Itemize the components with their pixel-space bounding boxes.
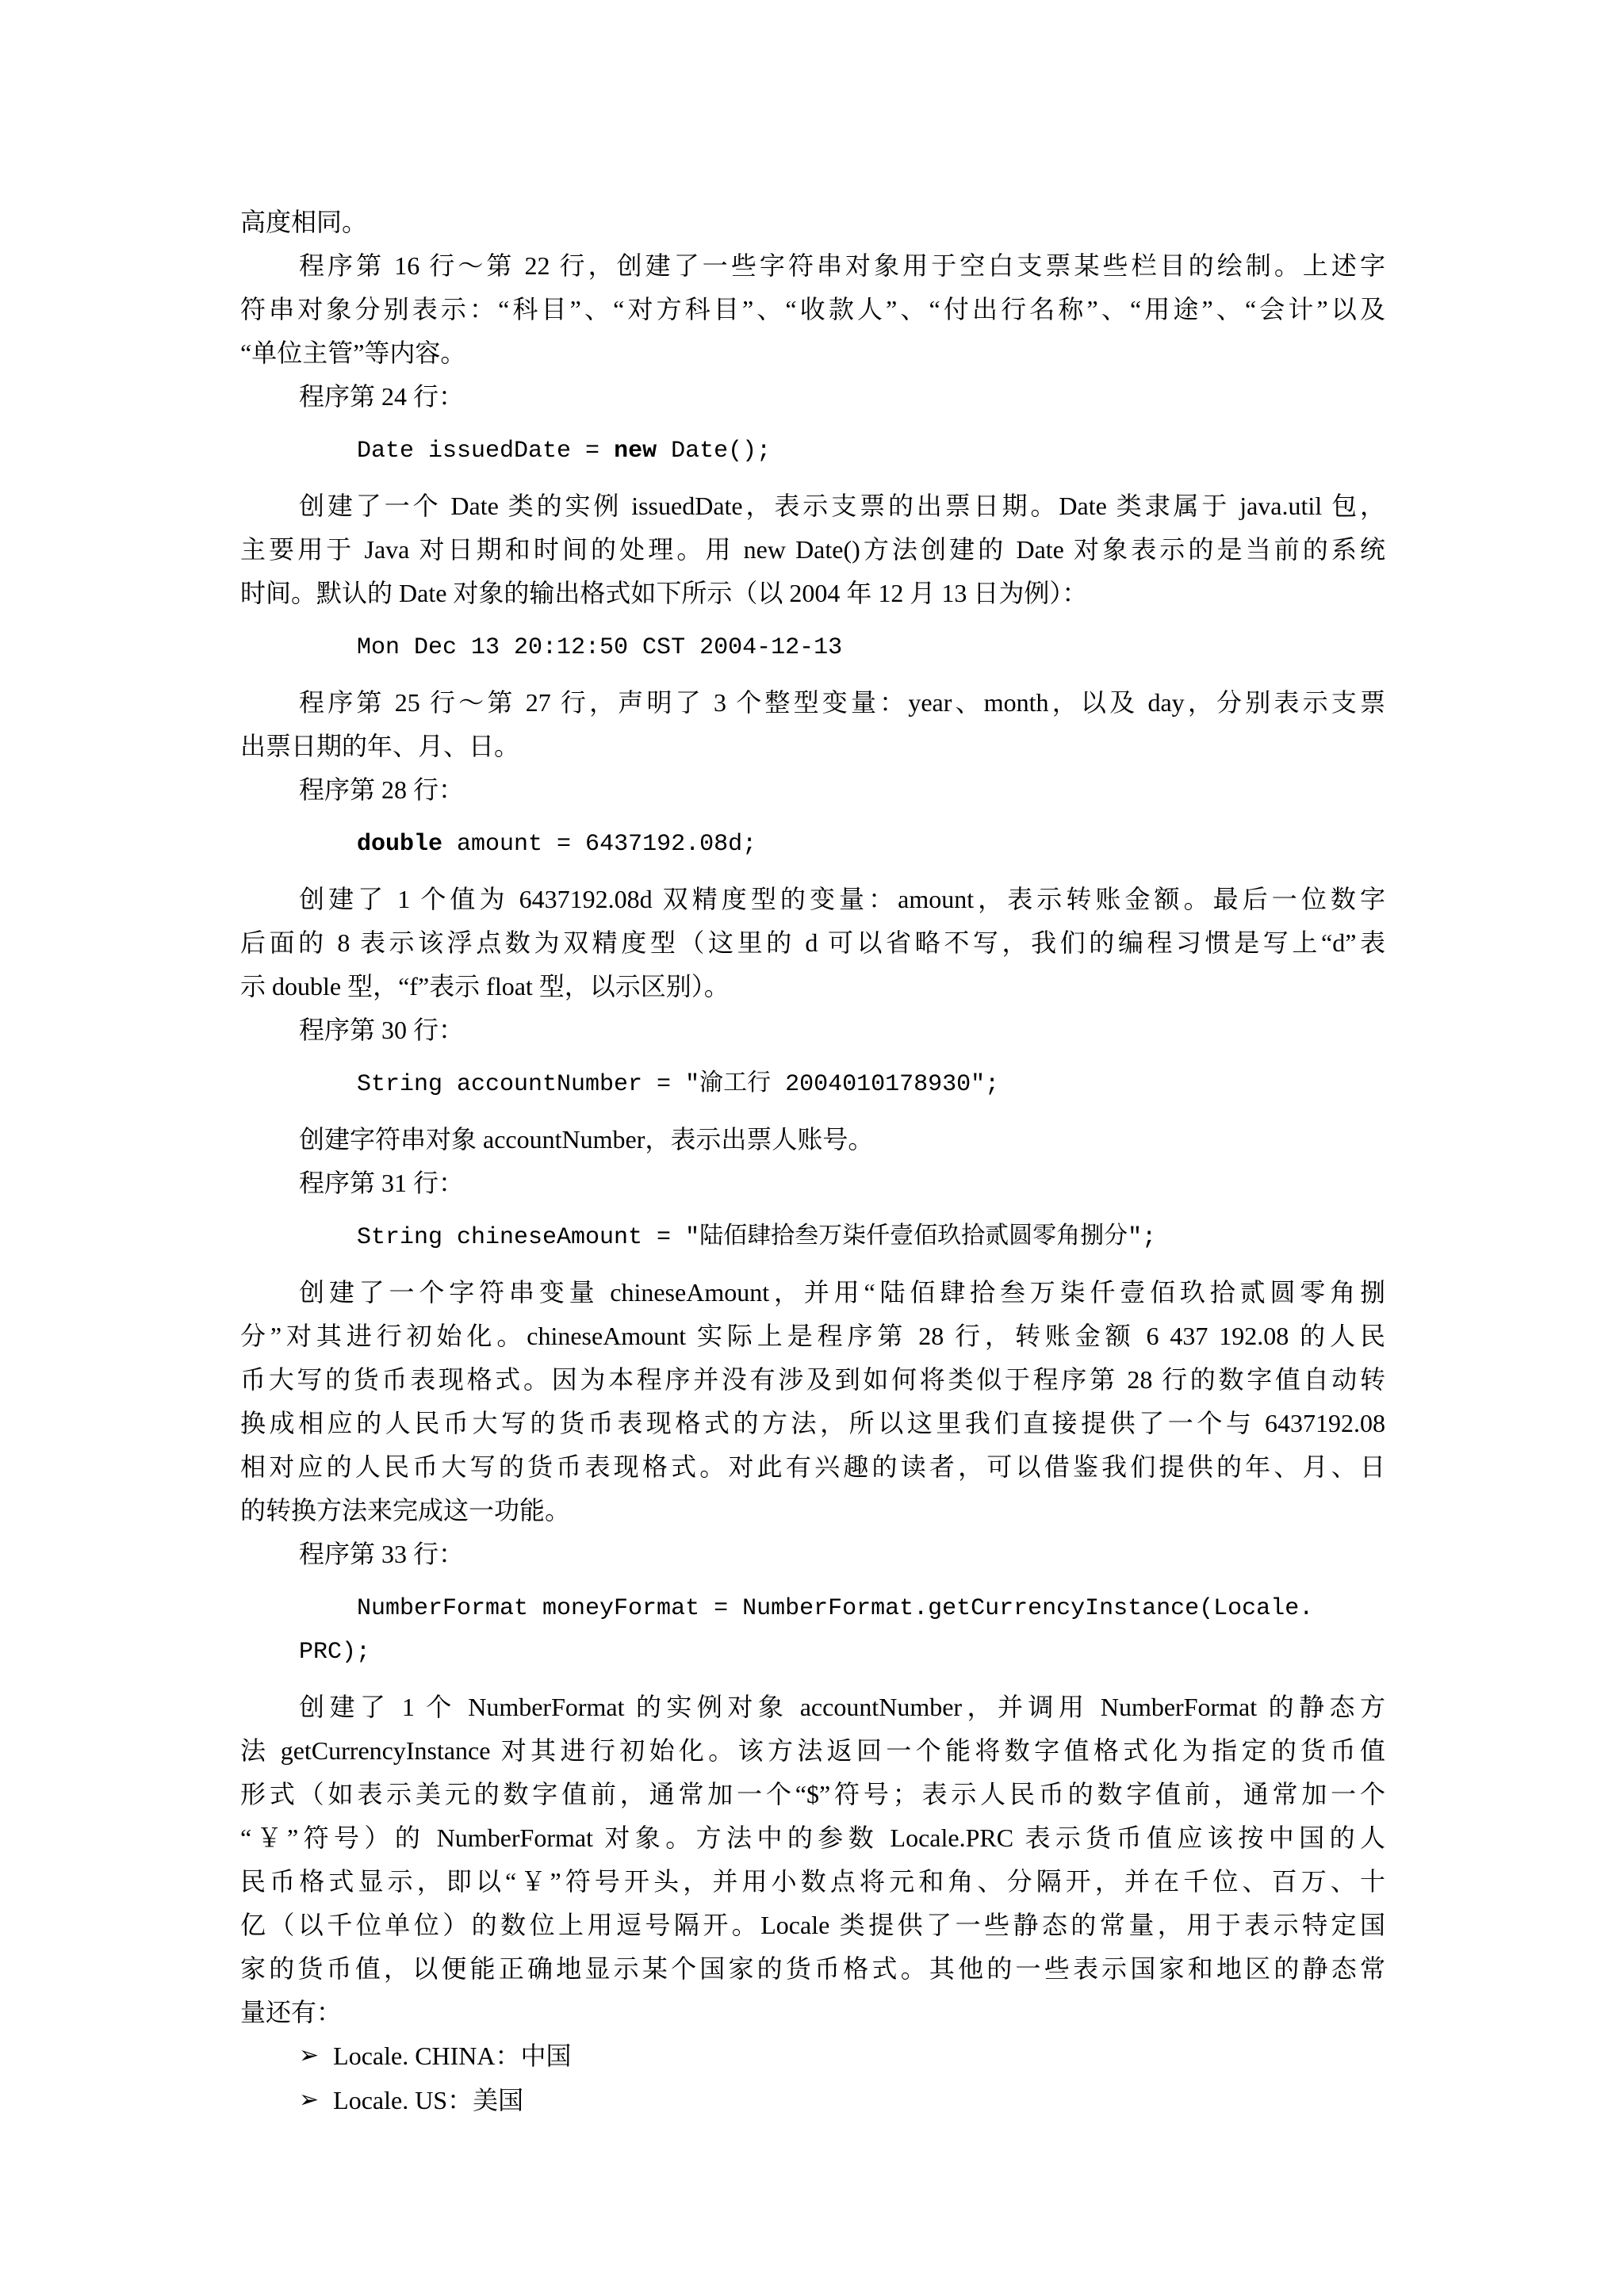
text-line: 家的货币值，以便能正确地显示某个国家的货币格式。其他的一些表示国家和地区的静态常 [240,1947,1385,1991]
list-item-label: Locale. US：美国 [333,2086,523,2114]
code-text: Date(); [657,438,771,465]
bullet-arrow-icon: ➢ [299,2034,319,2077]
text-line: 亿（以千位单位）的数位上用逗号隔开。Locale 类提供了一些静态的常量，用于表… [240,1904,1385,1947]
code-text: amount = 6437192.08d; [442,831,756,858]
text-line: 程序第 25 行～第 27 行，声明了 3 个整型变量：year、month，以… [240,681,1385,725]
text-line: “单位主管”等内容。 [240,331,1385,375]
code-line: NumberFormat moneyFormat = NumberFormat.… [240,1587,1385,1631]
text-line: 相对应的人民币大写的货币表现格式。对此有兴趣的读者，可以借鉴我们提供的年、月、日 [240,1445,1385,1489]
text-line: 创建字符串对象 accountNumber，表示出票人账号。 [240,1118,1385,1161]
text-line: 程序第 33 行： [240,1533,1385,1576]
code-line: String chineseAmount = "陆佰肆拾叁万柒仟壹佰玖拾贰圆零角… [240,1216,1385,1260]
code-line: Mon Dec 13 20:12:50 CST 2004-12-13 [240,626,1385,670]
code-text: Mon Dec 13 20:12:50 CST 2004-12-13 [357,634,842,661]
code-line: PRC); [240,1631,1385,1674]
text-line: 币大写的货币表现格式。因为本程序并没有涉及到如何将类似于程序第 28 行的数字值… [240,1358,1385,1402]
document-page: 高度相同。程序第 16 行～第 22 行，创建了一些字符串对象用于空白支票某些栏… [0,0,1624,2296]
list-item: ➢Locale. US：美国 [240,2079,1385,2123]
text-line: 程序第 24 行： [240,375,1385,419]
code-text: String accountNumber = "渝工行 200401017893… [357,1071,999,1098]
text-line: 创建了一个字符串变量 chineseAmount，并用“陆佰肆拾叁万柒仟壹佰玖拾… [240,1271,1385,1314]
text-line: 程序第 31 行： [240,1161,1385,1205]
list-item-label: Locale. CHINA：中国 [333,2042,571,2070]
text-line: 法 getCurrencyInstance 对其进行初始化。该方法返回一个能将数… [240,1729,1385,1773]
text-line: 高度相同。 [240,201,1385,244]
text-line: 程序第 16 行～第 22 行，创建了一些字符串对象用于空白支票某些栏目的绘制。… [240,244,1385,288]
document-body: 高度相同。程序第 16 行～第 22 行，创建了一些字符串对象用于空白支票某些栏… [240,201,1385,2123]
text-line: 示 double 型，“f”表示 float 型，以示区别）。 [240,965,1385,1008]
list-item: ➢Locale. CHINA：中国 [240,2034,1385,2079]
text-line: “￥”符号）的 NumberFormat 对象。方法中的参数 Locale.PR… [240,1816,1385,1860]
code-text: String chineseAmount = "陆佰肆拾叁万柒仟壹佰玖拾贰圆零角… [357,1224,1156,1251]
code-text: NumberFormat moneyFormat = NumberFormat.… [357,1595,1313,1622]
bullet-arrow-icon: ➢ [299,2078,319,2122]
code-keyword: new [614,438,657,465]
text-line: 主要用于 Java 对日期和时间的处理。用 new Date()方法创建的 Da… [240,528,1385,572]
text-line: 符串对象分别表示：“科目”、“对方科目”、“收款人”、“付出行名称”、“用途”、… [240,288,1385,331]
text-line: 的转换方法来完成这一功能。 [240,1489,1385,1533]
text-line: 民币格式显示，即以“￥”符号开头，并用小数点将元和角、分隔开，并在千位、百万、十 [240,1860,1385,1904]
text-line: 换成相应的人民币大写的货币表现格式的方法，所以这里我们直接提供了一个与 6437… [240,1402,1385,1445]
code-text: PRC); [299,1639,370,1666]
text-line: 创建了一个 Date 类的实例 issuedDate，表示支票的出票日期。Dat… [240,484,1385,528]
code-keyword: double [357,831,442,858]
text-line: 后面的 8 表示该浮点数为双精度型（这里的 d 可以省略不写，我们的编程习惯是写… [240,921,1385,965]
code-line: double amount = 6437192.08d; [240,823,1385,867]
text-line: 程序第 30 行： [240,1008,1385,1052]
text-line: 出票日期的年、月、日。 [240,725,1385,768]
text-line: 程序第 28 行： [240,768,1385,812]
text-line: 时间。默认的 Date 对象的输出格式如下所示（以 2004 年 12 月 13… [240,572,1385,615]
text-line: 创建了 1 个值为 6437192.08d 双精度型的变量：amount，表示转… [240,878,1385,921]
code-line: String accountNumber = "渝工行 200401017893… [240,1063,1385,1107]
text-line: 分”对其进行初始化。chineseAmount 实际上是程序第 28 行，转账金… [240,1314,1385,1358]
code-text: Date issuedDate = [357,438,614,465]
text-line: 量还有： [240,1991,1385,2034]
text-line: 创建了 1 个 NumberFormat 的实例对象 accountNumber… [240,1686,1385,1729]
code-line: Date issuedDate = new Date(); [240,430,1385,473]
text-line: 形式（如表示美元的数字值前，通常加一个“$”符号；表示人民币的数字值前，通常加一… [240,1773,1385,1816]
